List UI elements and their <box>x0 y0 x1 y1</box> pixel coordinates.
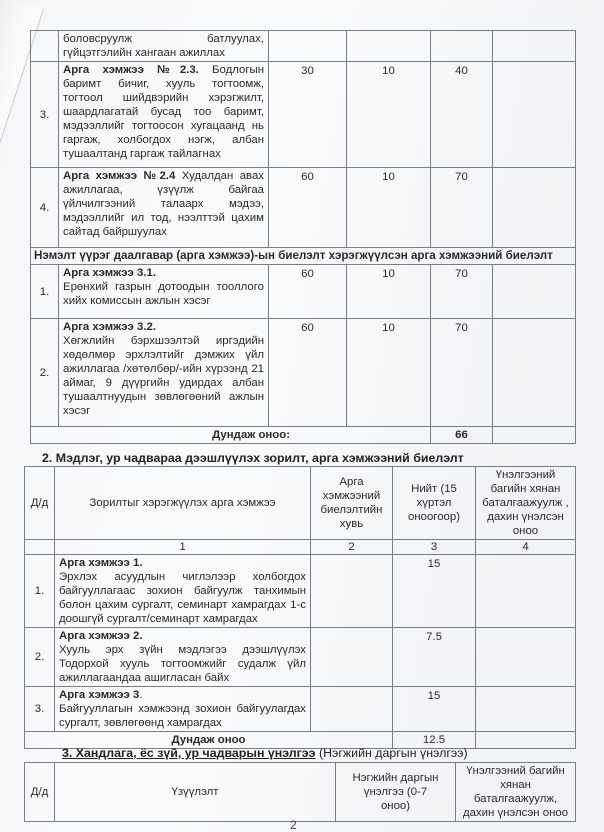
row-text: Эрхлэх асуудлын чиглэлээр холбогдох байг… <box>59 570 306 626</box>
score-cell <box>347 31 431 62</box>
row-index: 1. <box>25 555 55 628</box>
row-text: боловсруулж батлуулах, гүйцэтгэлийн ханг… <box>63 33 264 59</box>
col-number: 1 <box>55 540 311 555</box>
evaluation-table-1: боловсруулж батлуулах, гүйцэтгэлийн ханг… <box>30 30 576 444</box>
table-row: 4. Арга хэмжээ №2.4 Худалдан авах ажилла… <box>31 168 576 248</box>
section-3-title-note: (Нэгжийн даргын үнэлгээ) <box>316 746 468 760</box>
total-cell: 7.5 <box>393 628 476 687</box>
average-row: Дундаж оноо: 66 <box>31 427 576 444</box>
table-row: 1. Арга хэмжээ 3.1.Ерөнхий газрын дотоод… <box>31 265 576 319</box>
subsection-row: Нэмэлт үүрэг даалгавар (арга хэмжээ)-ын … <box>31 248 576 265</box>
row-title: Арга хэмжээ №2.4 <box>63 170 175 182</box>
score-cell <box>431 31 493 62</box>
table-row: 3. Арга хэмжээ 3.Байгууллагын хэмжээнд з… <box>25 687 576 732</box>
section-2-title: 2. Мэдлэг, ур чадвараа дээшлүүлэх зорилт… <box>42 451 464 465</box>
header-review: Үнэлгээний багийн хянан баталгаажуулж, д… <box>456 763 576 822</box>
table-row: 3. Арга хэмжээ №2.3. Бодлогын баримт бич… <box>31 62 576 168</box>
score-cell: 10 <box>347 62 431 168</box>
empty-cell <box>476 732 576 749</box>
average-label: Дундаж оноо: <box>31 427 431 444</box>
average-value: 66 <box>431 427 493 444</box>
evaluation-table-2: Д/д Зорилтыг хэрэгжүүлэх арга хэмжээ Арг… <box>24 466 576 749</box>
row-index: 4. <box>31 168 59 248</box>
score-cell: 70 <box>431 265 493 319</box>
header-dd: Д/д <box>25 467 55 540</box>
row-description: Арга хэмжээ 1.Эрхлэх асуудлын чиглэлээр … <box>55 555 311 628</box>
row-text: Байгууллагын хэмжээнд зохион байгуулагда… <box>59 702 306 730</box>
section-3-title-bold: 3. Хандлага, ёс зүй, ур чадварын үнэлгээ <box>62 746 316 760</box>
header-indicator: Үзүүлэлт <box>55 763 336 822</box>
row-text: Хууль эрх зүйн мэдлэгээ дээшлүүлэх Тодор… <box>59 643 306 685</box>
score-cell: 60 <box>269 265 347 319</box>
score-cell <box>493 31 576 62</box>
row-title: Арга хэмжээ 3.2. <box>63 320 264 334</box>
score-cell: 70 <box>431 319 493 427</box>
table-row: 1. Арга хэмжээ 1.Эрхлэх асуудлын чиглэлэ… <box>25 555 576 628</box>
header-percent: Арга хэмжээний биелэлтийн хувь <box>311 467 393 540</box>
col-number: 4 <box>476 540 576 555</box>
header-head-score: Нэгжийн даргын үнэлгээ (0-7 оноо) <box>336 763 456 822</box>
col-number: 2 <box>311 540 393 555</box>
review-cell <box>476 687 576 732</box>
row-title: Арга хэмжээ 1. <box>59 556 306 570</box>
empty-cell <box>25 540 55 555</box>
col-number: 3 <box>393 540 476 555</box>
score-cell <box>493 168 576 248</box>
row-index <box>31 31 59 62</box>
percent-cell <box>311 555 393 628</box>
header-measure: Зорилтыг хэрэгжүүлэх арга хэмжээ <box>55 467 311 540</box>
row-description: боловсруулж батлуулах, гүйцэтгэлийн ханг… <box>59 31 269 62</box>
score-cell: 10 <box>347 168 431 248</box>
total-cell: 15 <box>393 555 476 628</box>
percent-cell <box>311 628 393 687</box>
table-row: 2. Арга хэмжээ 2.Хууль эрх зүйн мэдлэгээ… <box>25 628 576 687</box>
row-text: Ерөнхий газрын дотоодын тооллого хийх ко… <box>63 280 264 308</box>
header-total: Нийт (15 хүртэл оноогоор) <box>393 467 476 540</box>
score-cell: 30 <box>269 62 347 168</box>
row-description: Арга хэмжээ №2.4 Худалдан авах ажиллагаа… <box>59 168 269 248</box>
row-description: Арга хэмжээ 3.2.Хөгжлийн бэрхшээлтэй ирг… <box>59 319 269 427</box>
table-header-row: Д/д Зорилтыг хэрэгжүүлэх арга хэмжээ Арг… <box>25 467 576 540</box>
row-description: Арга хэмжээ 3.1.Ерөнхий газрын дотоодын … <box>59 265 269 319</box>
row-description: Арга хэмжээ №2.3. Бодлогын баримт бичиг,… <box>59 62 269 168</box>
total-cell: 15 <box>393 687 476 732</box>
review-cell <box>476 628 576 687</box>
score-cell <box>493 62 576 168</box>
row-index: 2. <box>25 628 55 687</box>
row-title: Арга хэмжээ 2. <box>59 629 306 643</box>
page-number: 2 <box>290 818 297 832</box>
score-cell <box>493 319 576 427</box>
score-cell <box>493 265 576 319</box>
percent-cell <box>311 687 393 732</box>
header-dd: Д/д <box>25 763 55 822</box>
row-title: Арга хэмжээ 3 <box>59 689 139 701</box>
row-text: Бодлогын баримт бичиг, хууль тогтоомж, т… <box>63 64 264 160</box>
row-index: 3. <box>25 687 55 732</box>
row-title-wrap: Арга хэмжээ 3. <box>59 688 306 702</box>
header-review: Үнэлгээний багийн хянан баталгаажуулж , … <box>476 467 576 540</box>
row-text: Хөгжлийн бэрхшээлтэй иргэдийн хөдөлмөр э… <box>63 334 264 418</box>
row-index: 3. <box>31 62 59 168</box>
score-cell: 40 <box>431 62 493 168</box>
row-index: 1. <box>31 265 59 319</box>
row-title: Арга хэмжээ №2.3. <box>63 64 199 76</box>
row-index: 2. <box>31 319 59 427</box>
score-cell: 60 <box>269 168 347 248</box>
row-description: Арга хэмжээ 2.Хууль эрх зүйн мэдлэгээ дэ… <box>55 628 311 687</box>
evaluation-table-3: Д/д Үзүүлэлт Нэгжийн даргын үнэлгээ (0-7… <box>24 762 576 822</box>
score-cell <box>269 31 347 62</box>
review-cell <box>476 555 576 628</box>
row-description: Арга хэмжээ 3.Байгууллагын хэмжээнд зохи… <box>55 687 311 732</box>
table-header-row: Д/д Үзүүлэлт Нэгжийн даргын үнэлгээ (0-7… <box>25 763 576 822</box>
column-number-row: 1 2 3 4 <box>25 540 576 555</box>
score-cell: 70 <box>431 168 493 248</box>
section-3-title: 3. Хандлага, ёс зүй, ур чадварын үнэлгээ… <box>62 746 468 760</box>
score-cell: 10 <box>347 319 431 427</box>
score-cell: 10 <box>347 265 431 319</box>
subsection-title: Нэмэлт үүрэг даалгавар (арга хэмжээ)-ын … <box>31 248 576 265</box>
score-cell: 60 <box>269 319 347 427</box>
table-row: боловсруулж батлуулах, гүйцэтгэлийн ханг… <box>31 31 576 62</box>
empty-cell <box>493 427 576 444</box>
table-row: 2. Арга хэмжээ 3.2.Хөгжлийн бэрхшээлтэй … <box>31 319 576 427</box>
row-title: Арга хэмжээ 3.1. <box>63 266 264 280</box>
